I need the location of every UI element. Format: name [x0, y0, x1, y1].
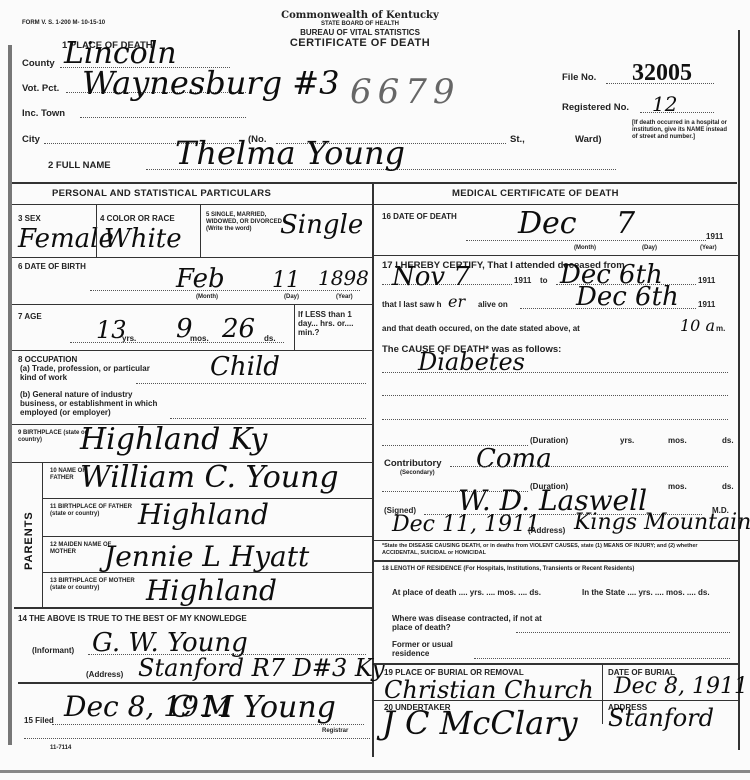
undertaker-address-value: Stanford	[608, 704, 714, 732]
dod-year: 1911	[706, 232, 723, 241]
ward-label: Ward)	[575, 134, 602, 145]
contributory-value: Coma	[476, 444, 552, 474]
occupation-value: Child	[210, 352, 280, 382]
former-residence-label: Former or usual residence	[392, 640, 492, 658]
parents-label: PARENTS	[23, 511, 35, 570]
hospital-note: [If death occurred in a hospital or inst…	[632, 120, 730, 141]
cause-footnote: *State the DISEASE CAUSING DEATH, or in …	[382, 543, 734, 557]
full-name-label: 2 FULL NAME	[48, 160, 111, 171]
registered-no-value: 12	[652, 92, 677, 116]
undertaker-value: J C McClary	[382, 704, 578, 742]
file-no-label: File No.	[562, 72, 596, 83]
bureau-name: BUREAU OF VITAL STATISTICS	[270, 28, 450, 37]
board-name: STATE BOARD OF HEALTH	[270, 21, 450, 28]
father-birthplace-value: Highland	[138, 498, 269, 531]
county-label: County	[22, 58, 55, 69]
residence-label: 18 LENGTH OF RESIDENCE (For Hospitals, I…	[382, 566, 734, 573]
stamp-number: 6679	[350, 72, 461, 112]
where-contracted-label: Where was disease contracted, if not at …	[392, 614, 552, 632]
dob-year: 1898	[318, 266, 369, 290]
certificate-title: CERTIFICATE OF DEATH	[270, 37, 450, 49]
dob-month: Feb	[176, 264, 225, 294]
vot-pct-value: Waynesburg #3	[82, 64, 339, 102]
father-birthplace-label: 11 BIRTHPLACE OF FATHER (state or countr…	[50, 504, 140, 518]
less-than-day-label: If LESS than 1 day... hrs. or.... min.?	[298, 310, 366, 337]
race-label: 4 COLOR OR RACE	[100, 214, 175, 223]
last-saw-date: Dec 6th	[576, 282, 679, 312]
age-days: 26	[222, 314, 255, 344]
st-label: St.,	[510, 134, 525, 145]
death-time: 10 a	[680, 316, 715, 335]
occupation-a-label: (a) Trade, profession, or particular kin…	[20, 364, 165, 382]
marital-label: 5 SINGLE, MARRIED, WIDOWED, OR DIVORCED …	[206, 212, 286, 233]
file-no-value: 32005	[632, 60, 692, 87]
dod-label: 16 DATE OF DEATH	[382, 212, 457, 221]
sex-value: Female	[18, 224, 114, 254]
dob-label: 6 DATE OF BIRTH	[18, 262, 86, 271]
mother-birthplace-value: Highland	[146, 574, 277, 607]
signed-date: Dec 11, 1911	[392, 512, 540, 537]
dod-month: Dec	[518, 206, 577, 241]
bottom-code: 11-7114	[50, 745, 71, 752]
birthplace-value: Highland Ky	[80, 422, 267, 457]
medical-heading: MEDICAL CERTIFICATE OF DEATH	[452, 188, 619, 199]
occupation-label: 8 OCCUPATION	[18, 355, 77, 364]
father-name-value: William C. Young	[80, 460, 339, 495]
true-statement: 14 THE ABOVE IS TRUE TO THE BEST OF MY K…	[18, 614, 247, 623]
registered-no-label: Registered No.	[562, 102, 629, 113]
left-margin-bar	[8, 45, 12, 745]
death-certificate: FORM V. S. 1-200 M- 10-15-10 Commonwealt…	[0, 0, 750, 780]
age-label: 7 AGE	[18, 312, 42, 321]
mother-birthplace-label: 13 BIRTHPLACE OF MOTHER (state or countr…	[50, 578, 140, 592]
marital-value: Single	[280, 210, 363, 240]
vot-pct-label: Vot. Pct.	[22, 83, 59, 94]
sex-label: 3 SEX	[18, 214, 41, 223]
occupation-b-label: (b) General nature of industry business,…	[20, 390, 170, 417]
certificate-header: Commonwealth of Kentucky STATE BOARD OF …	[270, 10, 450, 49]
personal-heading: PERSONAL AND STATISTICAL PARTICULARS	[52, 188, 271, 199]
last-saw-pronoun: er	[448, 292, 465, 311]
registrar-label: Registrar	[322, 728, 348, 735]
contributory-label: Contributory	[384, 458, 442, 469]
informant-address-label: (Address)	[86, 670, 123, 679]
in-state-label: In the State .... yrs. .... mos. .... ds…	[582, 588, 732, 597]
full-name-value: Thelma Young	[175, 134, 405, 172]
filed-label: 15 Filed	[24, 716, 54, 725]
informant-address-value: Stanford R7 D#3 Ky	[138, 654, 385, 682]
dob-day: 11	[272, 268, 300, 293]
doctor-address: Kings Mountain Ky	[574, 510, 750, 535]
dod-day: 7	[616, 206, 635, 241]
state-name: Commonwealth of Kentucky	[270, 10, 450, 21]
registrar-value: C M Young	[170, 690, 336, 725]
inc-town-label: Inc. Town	[22, 108, 65, 119]
mother-name-value: Jennie L Hyatt	[104, 540, 309, 573]
at-place-label: At place of death .... yrs. .... mos. ..…	[392, 588, 542, 597]
attended-from: Nov 7	[392, 262, 470, 292]
burial-date-value: Dec 8, 1911	[614, 674, 748, 699]
race-value: White	[104, 224, 182, 254]
city-label: City	[22, 134, 40, 145]
informant-label: (Informant)	[32, 646, 74, 655]
form-code: FORM V. S. 1-200 M- 10-15-10	[22, 20, 105, 27]
